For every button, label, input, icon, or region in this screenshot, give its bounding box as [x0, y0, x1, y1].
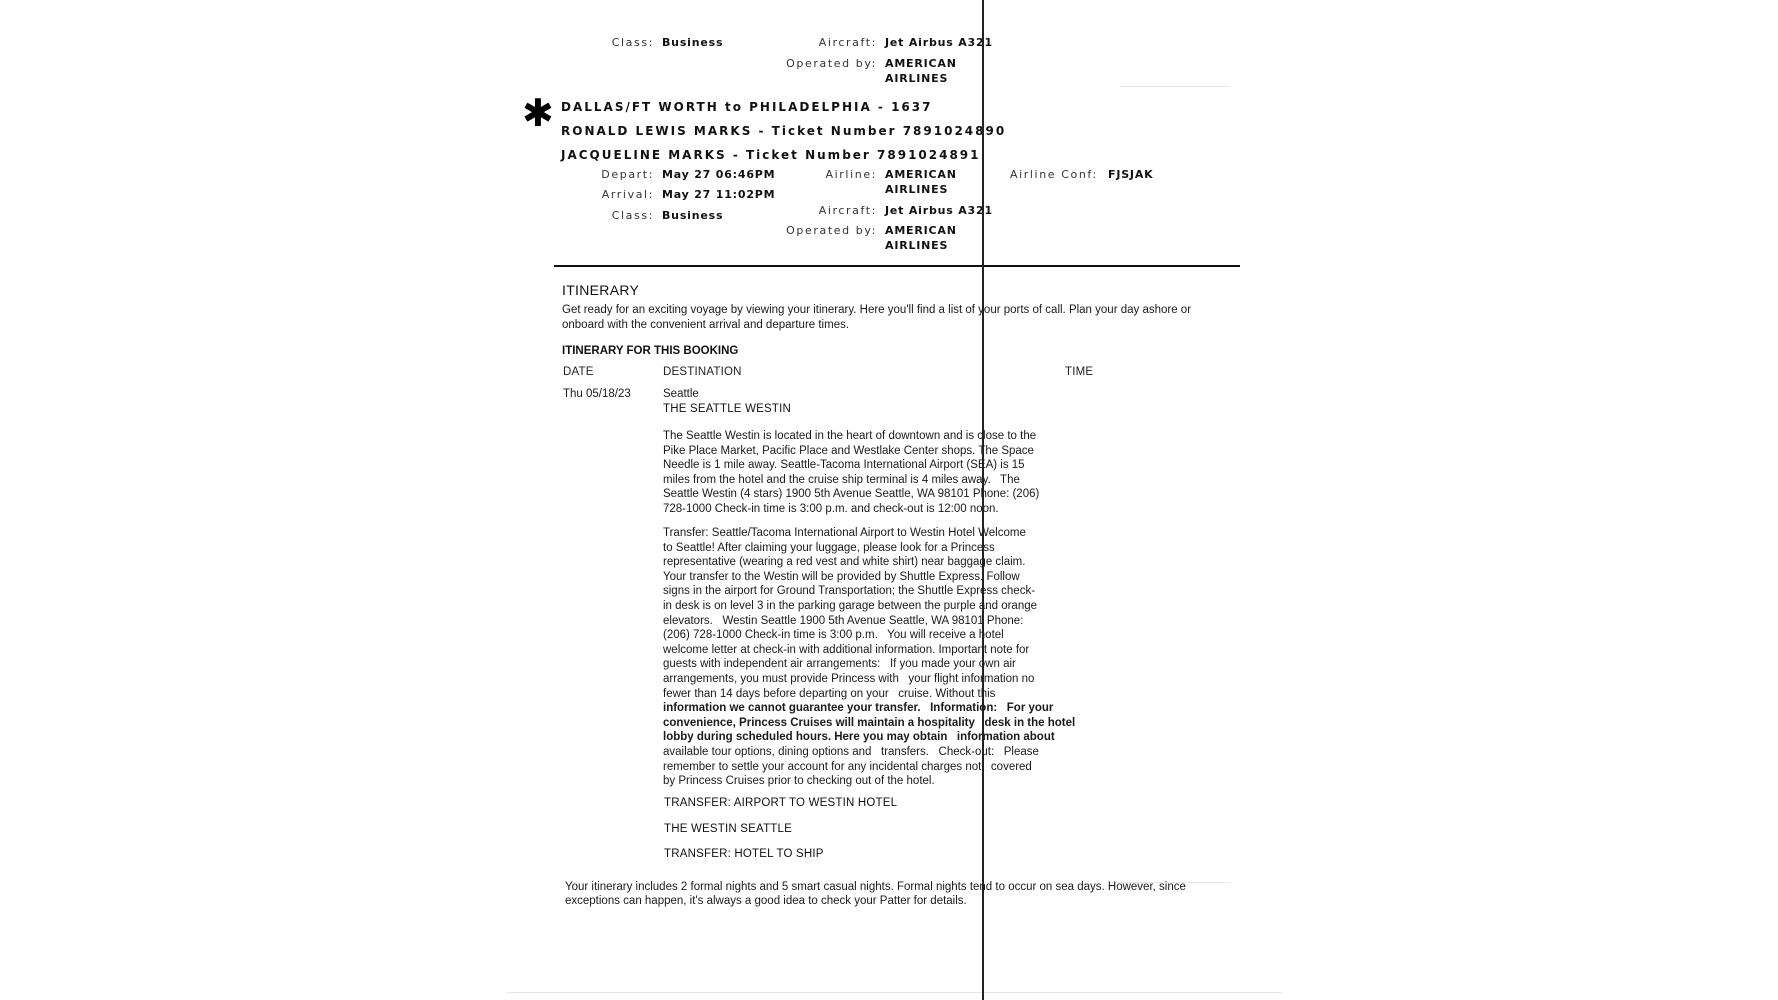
paragraph-line: to Seattle! After claiming your luggage,… [663, 541, 1075, 556]
itinerary-title: ITINERARY [562, 282, 639, 298]
operated-by-value: AMERICAN [885, 56, 957, 71]
class-value: Business [662, 208, 723, 223]
operated-by-label: Operated by: [786, 57, 877, 70]
itinerary-intro: Get ready for an exciting voyage by view… [562, 304, 1191, 316]
aircraft-label: Aircraft: [819, 36, 877, 49]
aircraft-label: Aircraft: [819, 204, 877, 217]
operated-by-label: Operated by: [786, 224, 877, 237]
footer-note-line2: exceptions can happen, it's always a goo… [565, 895, 967, 907]
paragraph-line: remember to settle your account for any … [663, 760, 1075, 775]
paragraph-line: Your transfer to the Westin will be prov… [663, 570, 1075, 585]
aircraft-value: Jet Airbus A321 [885, 203, 993, 218]
airline-value-line2: AIRLINES [885, 182, 948, 197]
paragraph-line: arrangements, you must provide Princess … [663, 672, 1075, 687]
operated-by-value: AMERICAN [885, 223, 957, 238]
paragraph-line: fewer than 14 days before departing on y… [663, 687, 1075, 702]
class-label: Class: [612, 36, 654, 49]
depart-label: Depart: [601, 168, 654, 181]
flight-route: DALLAS/FT WORTH to PHILADELPHIA - 1637 [561, 100, 932, 114]
paragraph-line: lobby during scheduled hours. Here you m… [663, 730, 1075, 745]
paragraph-line: elevators. Westin Seattle 1900 5th Avenu… [663, 614, 1075, 629]
depart-value: May 27 06:46PM [662, 167, 775, 182]
class-value: Business [662, 35, 723, 50]
passenger-ticket: RONALD LEWIS MARKS - Ticket Number 78910… [561, 124, 1006, 138]
column-header-time: TIME [1065, 366, 1093, 378]
asterisk-icon: ✱ [522, 98, 554, 128]
class-label: Class: [612, 209, 654, 222]
entry-date: Thu 05/18/23 [563, 388, 631, 400]
airline-conf-value: FJSJAK [1108, 167, 1153, 182]
paragraph-line: signs in the airport for Ground Transpor… [663, 584, 1075, 599]
paragraph-line: available tour options, dining options a… [663, 745, 1075, 760]
paragraph-line: representative (wearing a red vest and w… [663, 555, 1075, 570]
aircraft-value: Jet Airbus A321 [885, 35, 993, 50]
itinerary-intro-line2: onboard with the convenient arrival and … [562, 319, 849, 331]
itinerary-item-transfer-ship: TRANSFER: HOTEL TO SHIP [664, 848, 824, 860]
section-divider [554, 265, 1240, 267]
airline-label: Airline: [826, 168, 877, 181]
airline-value: AMERICAN [885, 167, 957, 182]
arrival-label: Arrival: [602, 188, 654, 201]
passenger-ticket: JACQUELINE MARKS - Ticket Number 7891024… [561, 148, 981, 162]
operated-by-value-line2: AIRLINES [885, 71, 948, 86]
itinerary-item-transfer-airport: TRANSFER: AIRPORT TO WESTIN HOTEL [664, 797, 897, 809]
scan-artifact [1120, 86, 1230, 87]
page-bottom-edge [507, 992, 1282, 993]
transfer-note: Transfer: Seattle/Tacoma International A… [663, 526, 1075, 789]
itinerary-item-hotel: THE WESTIN SEATTLE [664, 823, 792, 835]
paragraph-line: (206) 728-1000 Check-in time is 3:00 p.m… [663, 628, 1075, 643]
paragraph-line: by Princess Cruises prior to checking ou… [663, 774, 1075, 789]
paragraph-line: welcome letter at check-in with addition… [663, 643, 1075, 658]
column-header-destination: DESTINATION [663, 366, 742, 378]
scan-vertical-line [982, 0, 984, 1000]
paragraph-line: Transfer: Seattle/Tacoma International A… [663, 526, 1075, 541]
entry-destination: Seattle [663, 388, 699, 400]
arrival-value: May 27 11:02PM [662, 187, 775, 202]
paragraph-line: guests with independent air arrangements… [663, 657, 1075, 672]
paragraph-line: convenience, Princess Cruises will maint… [663, 716, 1075, 731]
booking-title: ITINERARY FOR THIS BOOKING [562, 345, 738, 357]
airline-conf-label: Airline Conf: [1010, 168, 1098, 181]
footer-note: Your itinerary includes 2 formal nights … [565, 881, 1186, 893]
entry-hotel: THE SEATTLE WESTIN [663, 403, 791, 415]
paragraph-line: information we cannot guarantee your tra… [663, 701, 1075, 716]
operated-by-value-line2: AIRLINES [885, 238, 948, 253]
column-header-date: DATE [563, 366, 594, 378]
paragraph-line: in desk is on level 3 in the parking gar… [663, 599, 1075, 614]
